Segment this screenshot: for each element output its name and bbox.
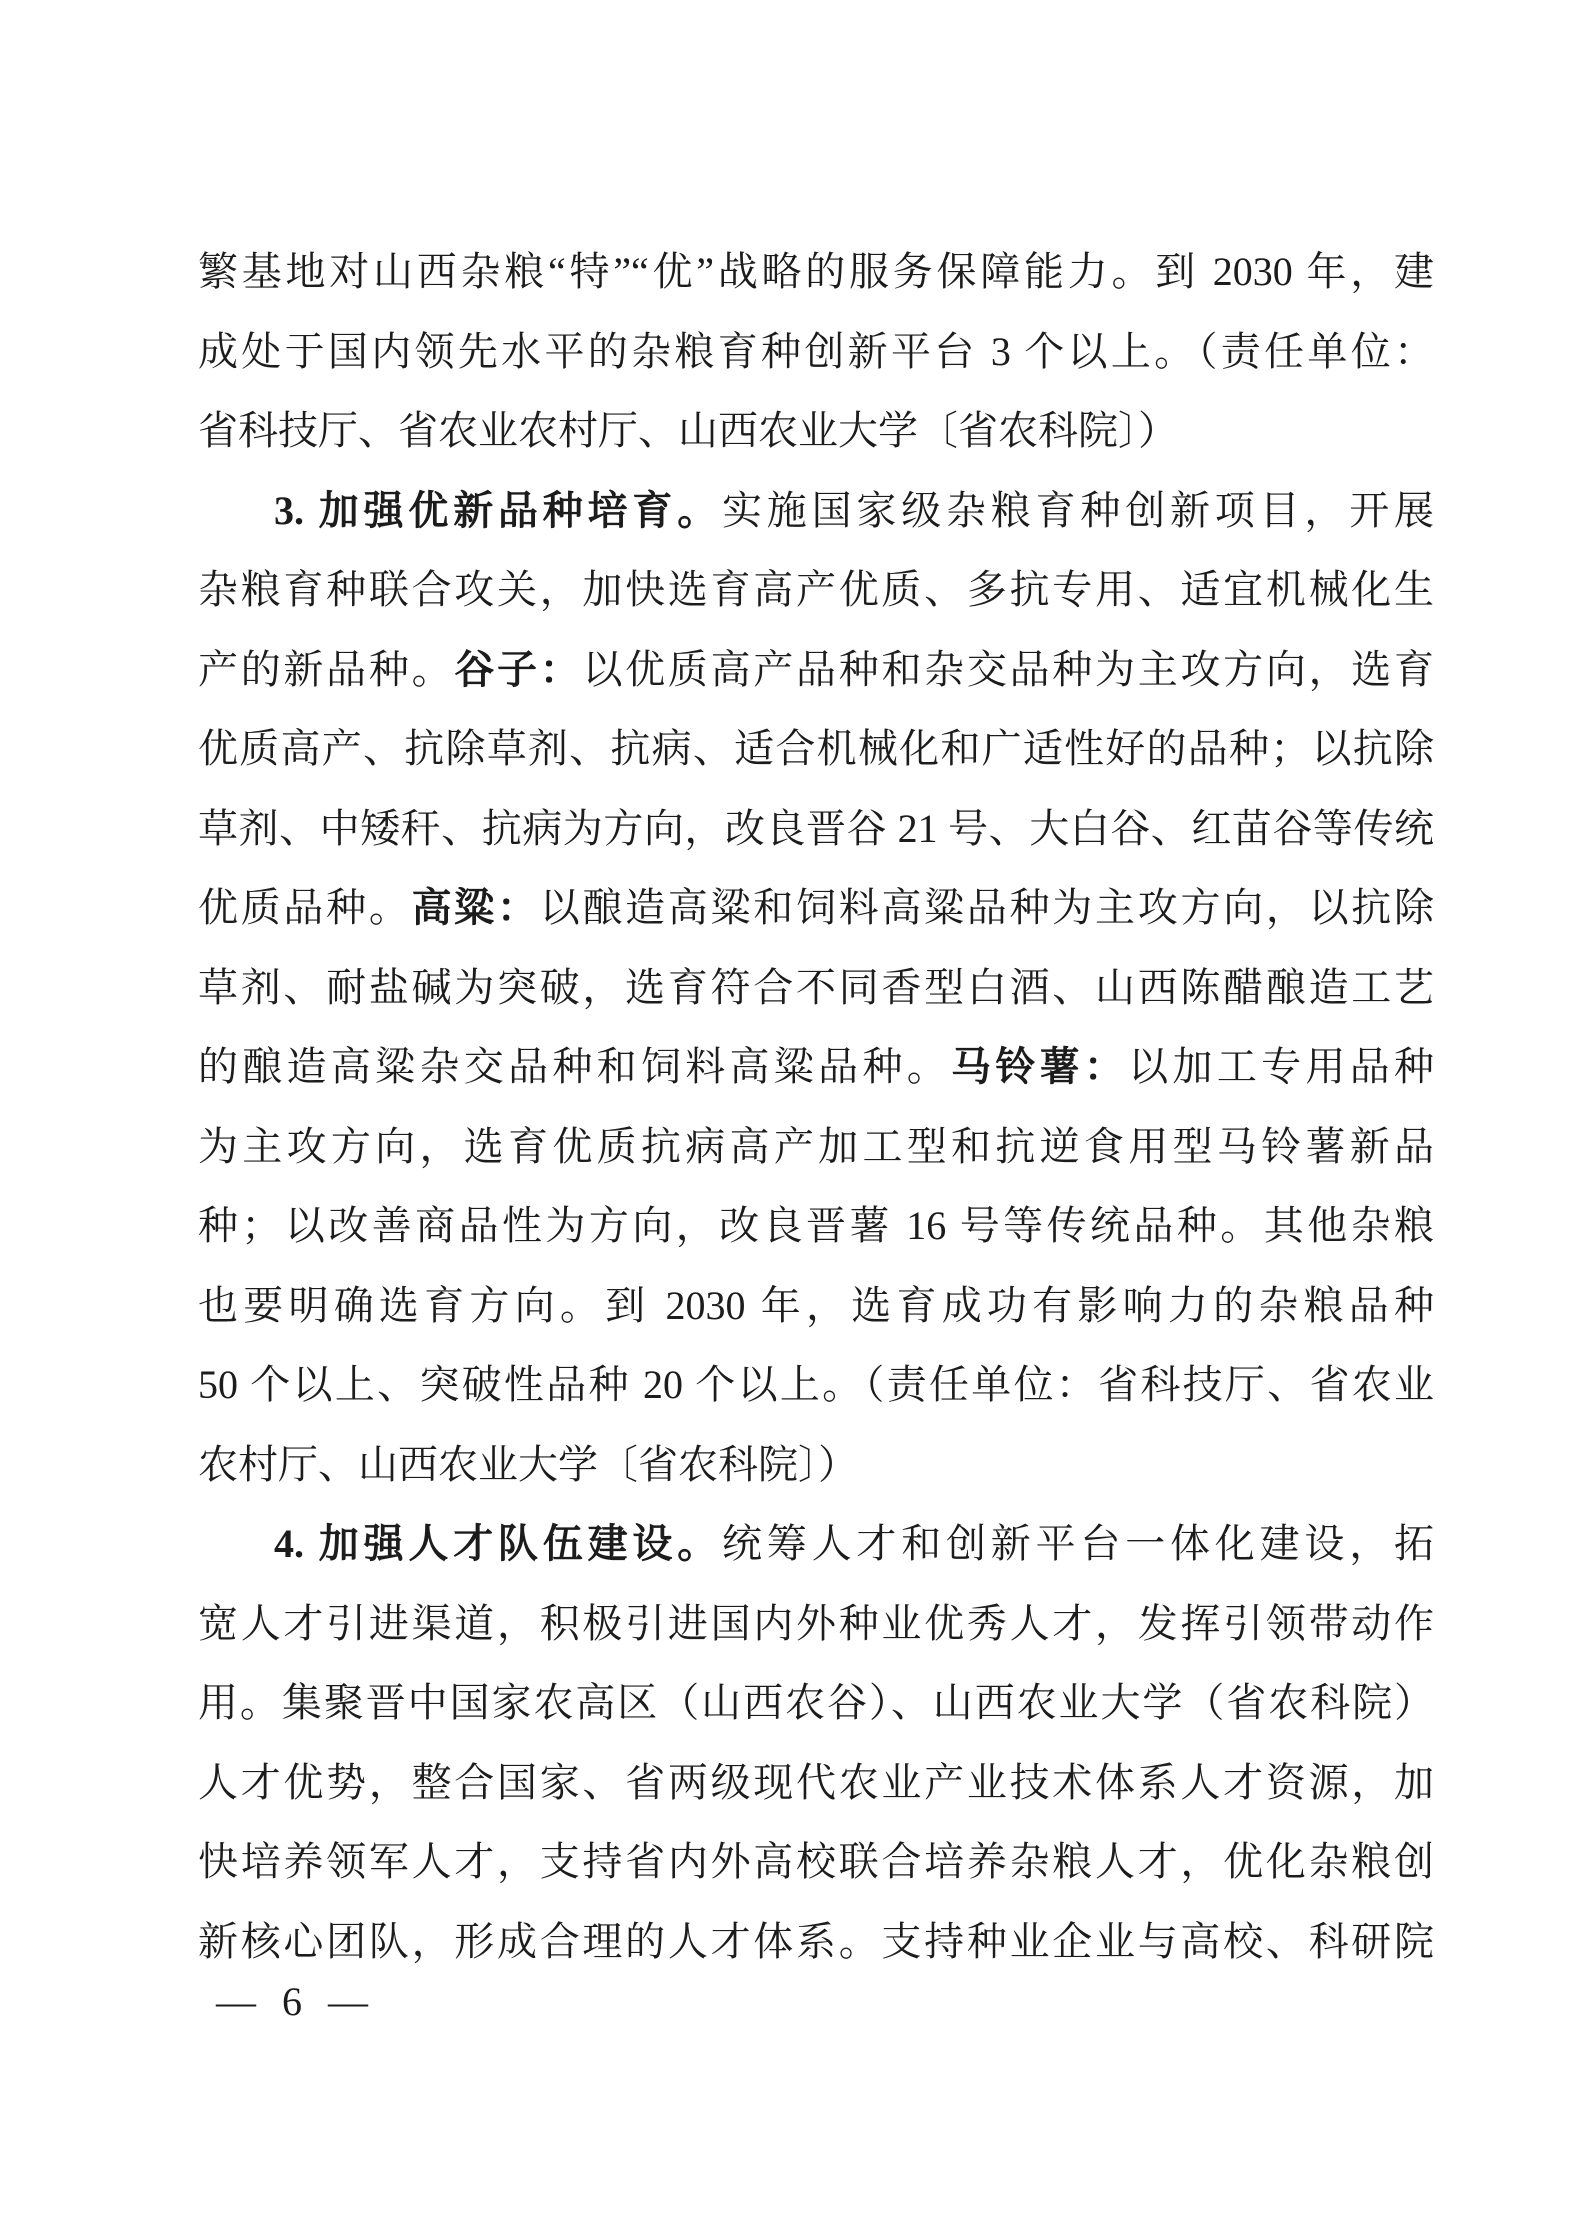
body-text: 以酿造高粱和饲料高粱品种为主攻方向，以抗除 — [540, 885, 1434, 930]
body-text: 宽人才引进渠道，积极引进国内外种业优秀人才，发挥引领带动作 — [198, 1601, 1434, 1646]
body-text: 草剂、中矮秆、抗病为方向，改良晋谷 21 号、大白谷、红苗谷等传统 — [198, 806, 1434, 851]
text-line: 省科技厅、省农业农村厅、山西农业大学〔省农科院〕） — [198, 391, 1434, 471]
text-line: 草剂、耐盐碱为突破，选育符合不同香型白酒、山西陈醋酿造工艺 — [198, 948, 1434, 1028]
text-line: 的酿造高粱杂交品种和饲料高粱品种。马铃薯：以加工专用品种 — [198, 1027, 1434, 1107]
text-line: 新核心团队，形成合理的人才体系。支持种业企业与高校、科研院 — [198, 1902, 1434, 1982]
body-text: 的酿造高粱杂交品种和饲料高粱品种。 — [198, 1044, 951, 1089]
body-text: 50 个以上、突破性品种 20 个以上。（责任单位：省科技厅、省农业 — [198, 1362, 1434, 1407]
body-text: 为主攻方向，选育优质抗病高产加工型和抗逆食用型马铃薯新品 — [198, 1124, 1434, 1169]
body-text: 种；以改善商品性为方向，改良晋薯 16 号等传统品种。其他杂粮 — [198, 1203, 1434, 1248]
footer-dash-left: — — [216, 1972, 256, 2032]
text-line: 也要明确选育方向。到 2030 年，选育成功有影响力的杂粮品种 — [198, 1266, 1434, 1346]
text-line: 产的新品种。谷子：以优质高产品种和杂交品种为主攻方向，选育 — [198, 630, 1434, 710]
emphasis-text: 4. 加强人才队伍建设。 — [274, 1521, 722, 1566]
body-text: 优质高产、抗除草剂、抗病、适合机械化和广适性好的品种；以抗除 — [198, 726, 1434, 771]
body-text: 以加工专用品种 — [1128, 1044, 1434, 1089]
body-text: 繁基地对山西杂粮“特”“优”战略的服务保障能力。到 2030 年，建 — [198, 249, 1434, 294]
text-line: 宽人才引进渠道，积极引进国内外种业优秀人才，发挥引领带动作 — [198, 1584, 1434, 1664]
text-line: 繁基地对山西杂粮“特”“优”战略的服务保障能力。到 2030 年，建 — [198, 232, 1434, 312]
text-line: 优质高产、抗除草剂、抗病、适合机械化和广适性好的品种；以抗除 — [198, 709, 1434, 789]
text-line: 人才优势，整合国家、省两级现代农业产业技术体系人才资源，加 — [198, 1743, 1434, 1823]
text-line: 种；以改善商品性为方向，改良晋薯 16 号等传统品种。其他杂粮 — [198, 1186, 1434, 1266]
text-line: 3. 加强优新品种培育。实施国家级杂粮育种创新项目，开展 — [198, 471, 1434, 551]
body-text: 草剂、耐盐碱为突破，选育符合不同香型白酒、山西陈醋酿造工艺 — [198, 965, 1434, 1010]
document-body: 繁基地对山西杂粮“特”“优”战略的服务保障能力。到 2030 年，建成处于国内领… — [198, 232, 1434, 1981]
body-text: 用。集聚晋中国家农高区（山西农谷）、山西农业大学（省农科院） — [198, 1680, 1434, 1725]
body-text: 杂粮育种联合攻关，加快选育高产优质、多抗专用、适宜机械化生 — [198, 567, 1434, 612]
document-page: 繁基地对山西杂粮“特”“优”战略的服务保障能力。到 2030 年，建成处于国内领… — [0, 0, 1581, 2217]
emphasis-text: 高粱： — [412, 885, 540, 930]
body-text: 也要明确选育方向。到 2030 年，选育成功有影响力的杂粮品种 — [198, 1283, 1434, 1328]
text-line: 成处于国内领先水平的杂粮育种创新平台 3 个以上。（责任单位： — [198, 312, 1434, 392]
body-text: 优质品种。 — [198, 885, 412, 930]
emphasis-text: 马铃薯： — [951, 1044, 1128, 1089]
body-text: 省科技厅、省农业农村厅、山西农业大学〔省农科院〕） — [198, 408, 1178, 453]
emphasis-text: 3. 加强优新品种培育。 — [274, 488, 722, 533]
text-line: 4. 加强人才队伍建设。统筹人才和创新平台一体化建设，拓 — [198, 1504, 1434, 1584]
body-text: 快培养领军人才，支持省内外高校联合培养杂粮人才，优化杂粮创 — [198, 1839, 1434, 1884]
text-line: 农村厅、山西农业大学〔省农科院〕） — [198, 1425, 1434, 1505]
body-text: 产的新品种。 — [198, 647, 454, 692]
body-text: 实施国家级杂粮育种创新项目，开展 — [722, 488, 1434, 533]
body-text: 成处于国内领先水平的杂粮育种创新平台 3 个以上。（责任单位： — [198, 329, 1434, 374]
text-line: 用。集聚晋中国家农高区（山西农谷）、山西农业大学（省农科院） — [198, 1663, 1434, 1743]
page-number: 6 — [282, 1972, 302, 2032]
text-line: 为主攻方向，选育优质抗病高产加工型和抗逆食用型马铃薯新品 — [198, 1107, 1434, 1187]
body-text: 农村厅、山西农业大学〔省农科院〕） — [198, 1442, 858, 1487]
text-line: 草剂、中矮秆、抗病为方向，改良晋谷 21 号、大白谷、红苗谷等传统 — [198, 789, 1434, 869]
body-text: 统筹人才和创新平台一体化建设，拓 — [722, 1521, 1434, 1566]
page-footer: — 6 — — [216, 1972, 368, 2032]
text-line: 快培养领军人才，支持省内外高校联合培养杂粮人才，优化杂粮创 — [198, 1822, 1434, 1902]
emphasis-text: 谷子： — [454, 647, 582, 692]
body-text: 新核心团队，形成合理的人才体系。支持种业企业与高校、科研院 — [198, 1919, 1434, 1964]
body-text: 人才优势，整合国家、省两级现代农业产业技术体系人才资源，加 — [198, 1760, 1434, 1805]
body-text: 以优质高产品种和杂交品种为主攻方向，选育 — [582, 647, 1434, 692]
footer-dash-right: — — [328, 1972, 368, 2032]
text-line: 50 个以上、突破性品种 20 个以上。（责任单位：省科技厅、省农业 — [198, 1345, 1434, 1425]
text-line: 杂粮育种联合攻关，加快选育高产优质、多抗专用、适宜机械化生 — [198, 550, 1434, 630]
text-line: 优质品种。高粱：以酿造高粱和饲料高粱品种为主攻方向，以抗除 — [198, 868, 1434, 948]
